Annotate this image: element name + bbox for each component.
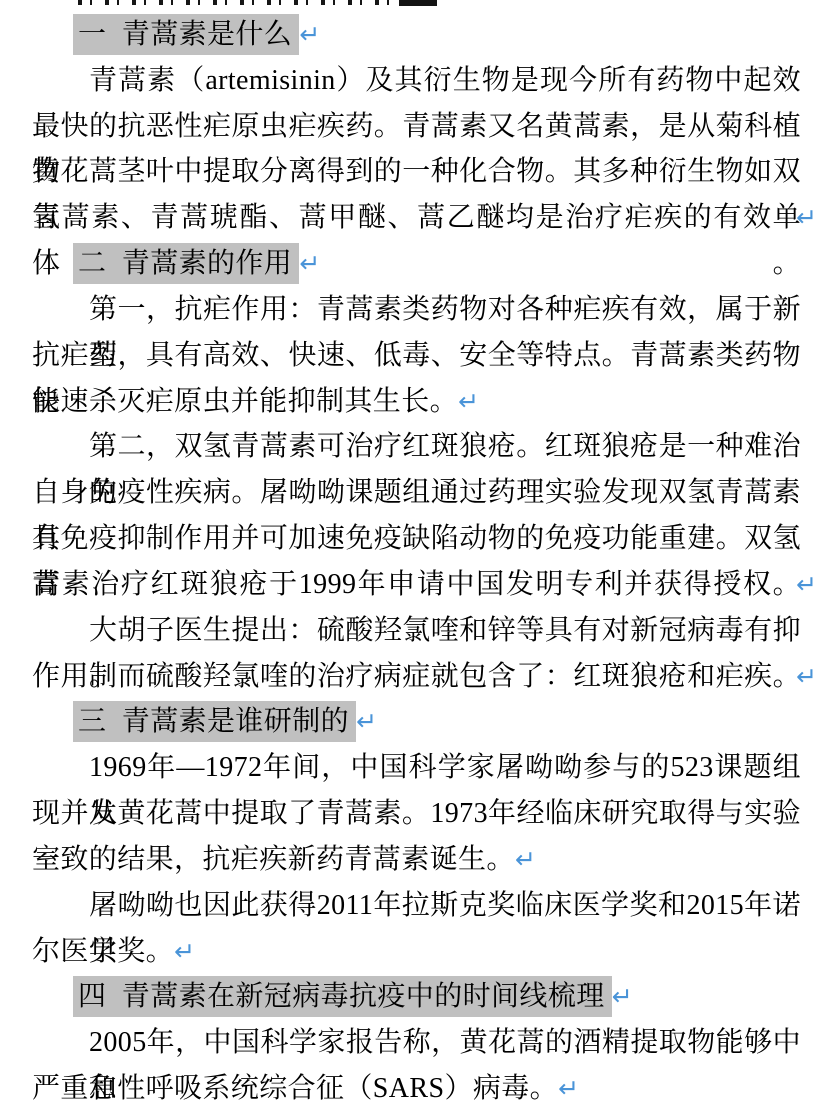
body-text-line[interactable]: 严重急性呼吸系统综合征（SARS）病毒。↵ [32,1066,801,1112]
document-page[interactable]: 一 青蒿素是什么↵青蒿素（artemisinin）及其衍生物是现今所有药物中起效… [0,0,834,1112]
paragraph-mark-icon: ↵ [796,195,817,241]
clipped-previous-line [78,0,400,5]
paragraph-mark-icon: ↵ [356,699,377,745]
body-text-line[interactable]: 黄花蒿茎叶中提取分离得到的一种化合物。其多种衍生物如双氢 [32,149,801,195]
line-text: 蒿素治疗红斑狼疮于1999年申请中国发明专利并获得授权。 [32,569,801,600]
body-text-line[interactable]: 屠呦呦也因此获得2011年拉斯克奖临床医学奖和2015年诺贝 [32,883,801,929]
body-text-line[interactable]: 抗疟药，具有高效、快速、低毒、安全等特点。青蒿素类药物能 [32,333,801,379]
heading-line[interactable]: 一 青蒿素是什么↵ [32,12,801,58]
paragraph-mark-icon: ↵ [299,241,320,287]
line-text: 尔医学奖。 [32,936,174,967]
body-text-line[interactable]: 自身免疫性疾病。屠呦呦课题组通过药理实验发现双氢青蒿素具 [32,470,801,516]
paragraph-mark-icon: ↵ [515,845,536,874]
body-text-line[interactable]: 1969年—1972年间，中国科学家屠呦呦参与的523课题组发 [32,745,801,791]
body-text-line[interactable]: 青蒿素（artemisinin）及其衍生物是现今所有药物中起效 [32,58,801,104]
body-text-line[interactable]: 最快的抗恶性疟原虫疟疾药。青蒿素又名黄蒿素，是从菊科植物 [32,104,801,150]
body-text-line[interactable]: 第二，双氢青蒿素可治疗红斑狼疮。红斑狼疮是一种难治的 [32,424,801,470]
body-text-line[interactable]: 第一，抗疟作用：青蒿素类药物对各种疟疾有效，属于新型 [32,287,801,333]
body-text-line[interactable]: 一致的结果，抗疟疾新药青蒿素诞生。↵ [32,837,801,883]
line-text: 一致的结果，抗疟疾新药青蒿素诞生。 [32,844,515,875]
body-text-line[interactable]: 尔医学奖。↵ [32,929,801,975]
paragraph-mark-icon: ↵ [174,937,195,966]
heading-line[interactable]: 三 青蒿素是谁研制的↵ [32,699,801,745]
document-content[interactable]: 一 青蒿素是什么↵青蒿素（artemisinin）及其衍生物是现今所有药物中起效… [32,12,801,1112]
paragraph-mark-icon: ↵ [612,974,633,1020]
body-text-line[interactable]: 青蒿素、青蒿琥酯、蒿甲醚、蒿乙醚均是治疗疟疾的有效单体。↵ [32,195,801,241]
paragraph-mark-icon: ↵ [558,1074,579,1103]
line-text: 快速杀灭疟原虫并能抑制其生长。 [32,386,458,417]
heading-highlight: 一 青蒿素是什么 [73,14,299,55]
paragraph-mark-icon: ↵ [796,562,817,608]
line-text: 青蒿素（artemisinin）及其衍生物是现今所有药物中起效 [89,65,801,96]
body-text-line[interactable]: 现并从黄花蒿中提取了青蒿素。1973年经临床研究取得与实验室 [32,791,801,837]
line-text: 严重急性呼吸系统综合征（SARS）病毒。 [32,1073,558,1104]
paragraph-mark-icon: ↵ [299,12,320,58]
line-text: 作用。而硫酸羟氯喹的治疗病症就包含了：红斑狼疮和疟疾。 [32,661,801,692]
body-text-line[interactable]: 快速杀灭疟原虫并能抑制其生长。↵ [32,379,801,425]
heading-highlight: 三 青蒿素是谁研制的 [73,701,356,742]
body-text-line[interactable]: 作用。而硫酸羟氯喹的治疗病症就包含了：红斑狼疮和疟疾。↵ [32,654,801,700]
heading-line[interactable]: 二 青蒿素的作用↵ [32,241,801,287]
heading-highlight: 四 青蒿素在新冠病毒抗疫中的时间线梳理 [73,976,612,1017]
body-text-line[interactable]: 大胡子医生提出：硫酸羟氯喹和锌等具有对新冠病毒有抑制 [32,608,801,654]
heading-highlight: 二 青蒿素的作用 [73,243,299,284]
paragraph-mark-icon: ↵ [796,654,817,700]
paragraph-mark-icon: ↵ [458,387,479,416]
heading-line[interactable]: 四 青蒿素在新冠病毒抗疫中的时间线梳理↵ [32,974,801,1020]
clipped-previous-line-character [399,0,437,6]
body-text-line[interactable]: 2005年，中国科学家报告称，黄花蒿的酒精提取物能够中和 [32,1020,801,1066]
body-text-line[interactable]: 有免疫抑制作用并可加速免疫缺陷动物的免疫功能重建。双氢青 [32,516,801,562]
body-text-line[interactable]: 蒿素治疗红斑狼疮于1999年申请中国发明专利并获得授权。↵ [32,562,801,608]
